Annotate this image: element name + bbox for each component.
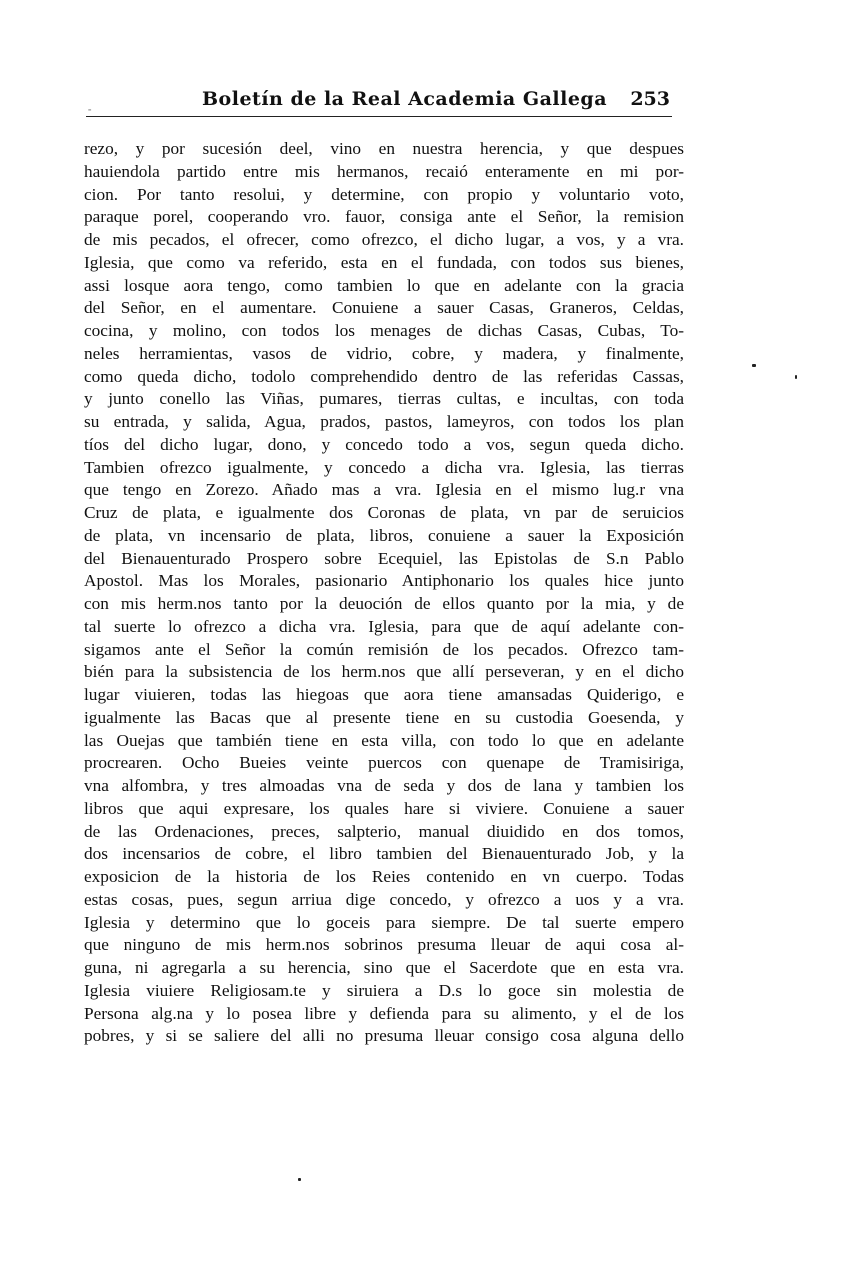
text-line: bién para la subsistencia de los herm.no… (84, 661, 684, 684)
text-line: lugar viuieren, todas las hiegoas que ao… (84, 684, 684, 707)
text-line: su entrada, y salida, Agua, prados, past… (84, 411, 684, 434)
text-line: sigamos ante el Señor la común remisión … (84, 639, 684, 662)
text-line: de plata, vn incensario de plata, libros… (84, 525, 684, 548)
text-line: paraque porel, cooperando vro. fauor, co… (84, 206, 684, 229)
text-line: que tengo en Zorezo. Añado mas a vra. Ig… (84, 479, 684, 502)
text-line: assi losque aora tengo, como tambien lo … (84, 275, 684, 298)
scan-speck (795, 375, 797, 379)
text-line: neles herramientas, vasos de vidrio, cob… (84, 343, 684, 366)
scan-speck (298, 1178, 301, 1181)
text-line: guna, ni agregarla a su herencia, sino q… (84, 957, 684, 980)
running-header: = Boletín de la Real Academia Gallega 25… (86, 86, 672, 117)
text-line: las Ouejas que también tiene en esta vil… (84, 730, 684, 753)
text-line: de las Ordenaciones, preces, salpterio, … (84, 821, 684, 844)
text-line: exposicion de la historia de los Reies c… (84, 866, 684, 889)
header-left-mark: = (88, 108, 91, 114)
text-line: Iglesia viuiere Religiosam.te y siruiera… (84, 980, 684, 1003)
text-line: estas cosas, pues, segun arriua dige con… (84, 889, 684, 912)
text-line: Iglesia, que como va referido, esta en e… (84, 252, 684, 275)
body-text: rezo, y por sucesión deel, vino en nuest… (84, 138, 684, 1048)
text-line: como queda dicho, todolo comprehendido d… (84, 366, 684, 389)
text-line: de mis pecados, el ofrecer, como ofrezco… (84, 229, 684, 252)
text-line: Iglesia y determino que lo goceis para s… (84, 912, 684, 935)
text-line: rezo, y por sucesión deel, vino en nuest… (84, 138, 684, 161)
text-line: que ninguno de mis herm.nos sobrinos pre… (84, 934, 684, 957)
text-line: tíos del dicho lugar, dono, y concedo to… (84, 434, 684, 457)
text-line: del Bienauenturado Prospero sobre Ecequi… (84, 548, 684, 571)
text-line: igualmente las Bacas que al presente tie… (84, 707, 684, 730)
text-line: libros que aqui expresare, los quales ha… (84, 798, 684, 821)
text-line: Apostol. Mas los Morales, pasionario Ant… (84, 570, 684, 593)
text-line: Persona alg.na y lo posea libre y defien… (84, 1003, 684, 1026)
text-line: con mis herm.nos tanto por la deuoción d… (84, 593, 684, 616)
text-line: del Señor, en el aumentare. Conuiene a s… (84, 297, 684, 320)
text-line: Cruz de plata, e igualmente dos Coronas … (84, 502, 684, 525)
text-line: Tambien ofrezco igualmente, y concedo a … (84, 457, 684, 480)
text-line: cocina, y molino, con todos los menages … (84, 320, 684, 343)
text-line: dos incensarios de cobre, el libro tambi… (84, 843, 684, 866)
text-line: cion. Por tanto resolui, y determine, co… (84, 184, 684, 207)
text-line: y junto conello las Viñas, pumares, tier… (84, 388, 684, 411)
page-number: 253 (630, 88, 670, 110)
text-line: procrearen. Ocho Bueies veinte puercos c… (84, 752, 684, 775)
text-line: pobres, y si se saliere del alli no pres… (84, 1025, 684, 1048)
text-line: vna alfombra, y tres almoadas vna de sed… (84, 775, 684, 798)
text-line: hauiendola partido entre mis hermanos, r… (84, 161, 684, 184)
journal-title: Boletín de la Real Academia Gallega (202, 88, 607, 110)
text-line: tal suerte lo ofrezco a dicha vra. Igles… (84, 616, 684, 639)
scan-speck (752, 364, 756, 367)
scanned-page: = Boletín de la Real Academia Gallega 25… (0, 0, 850, 1261)
